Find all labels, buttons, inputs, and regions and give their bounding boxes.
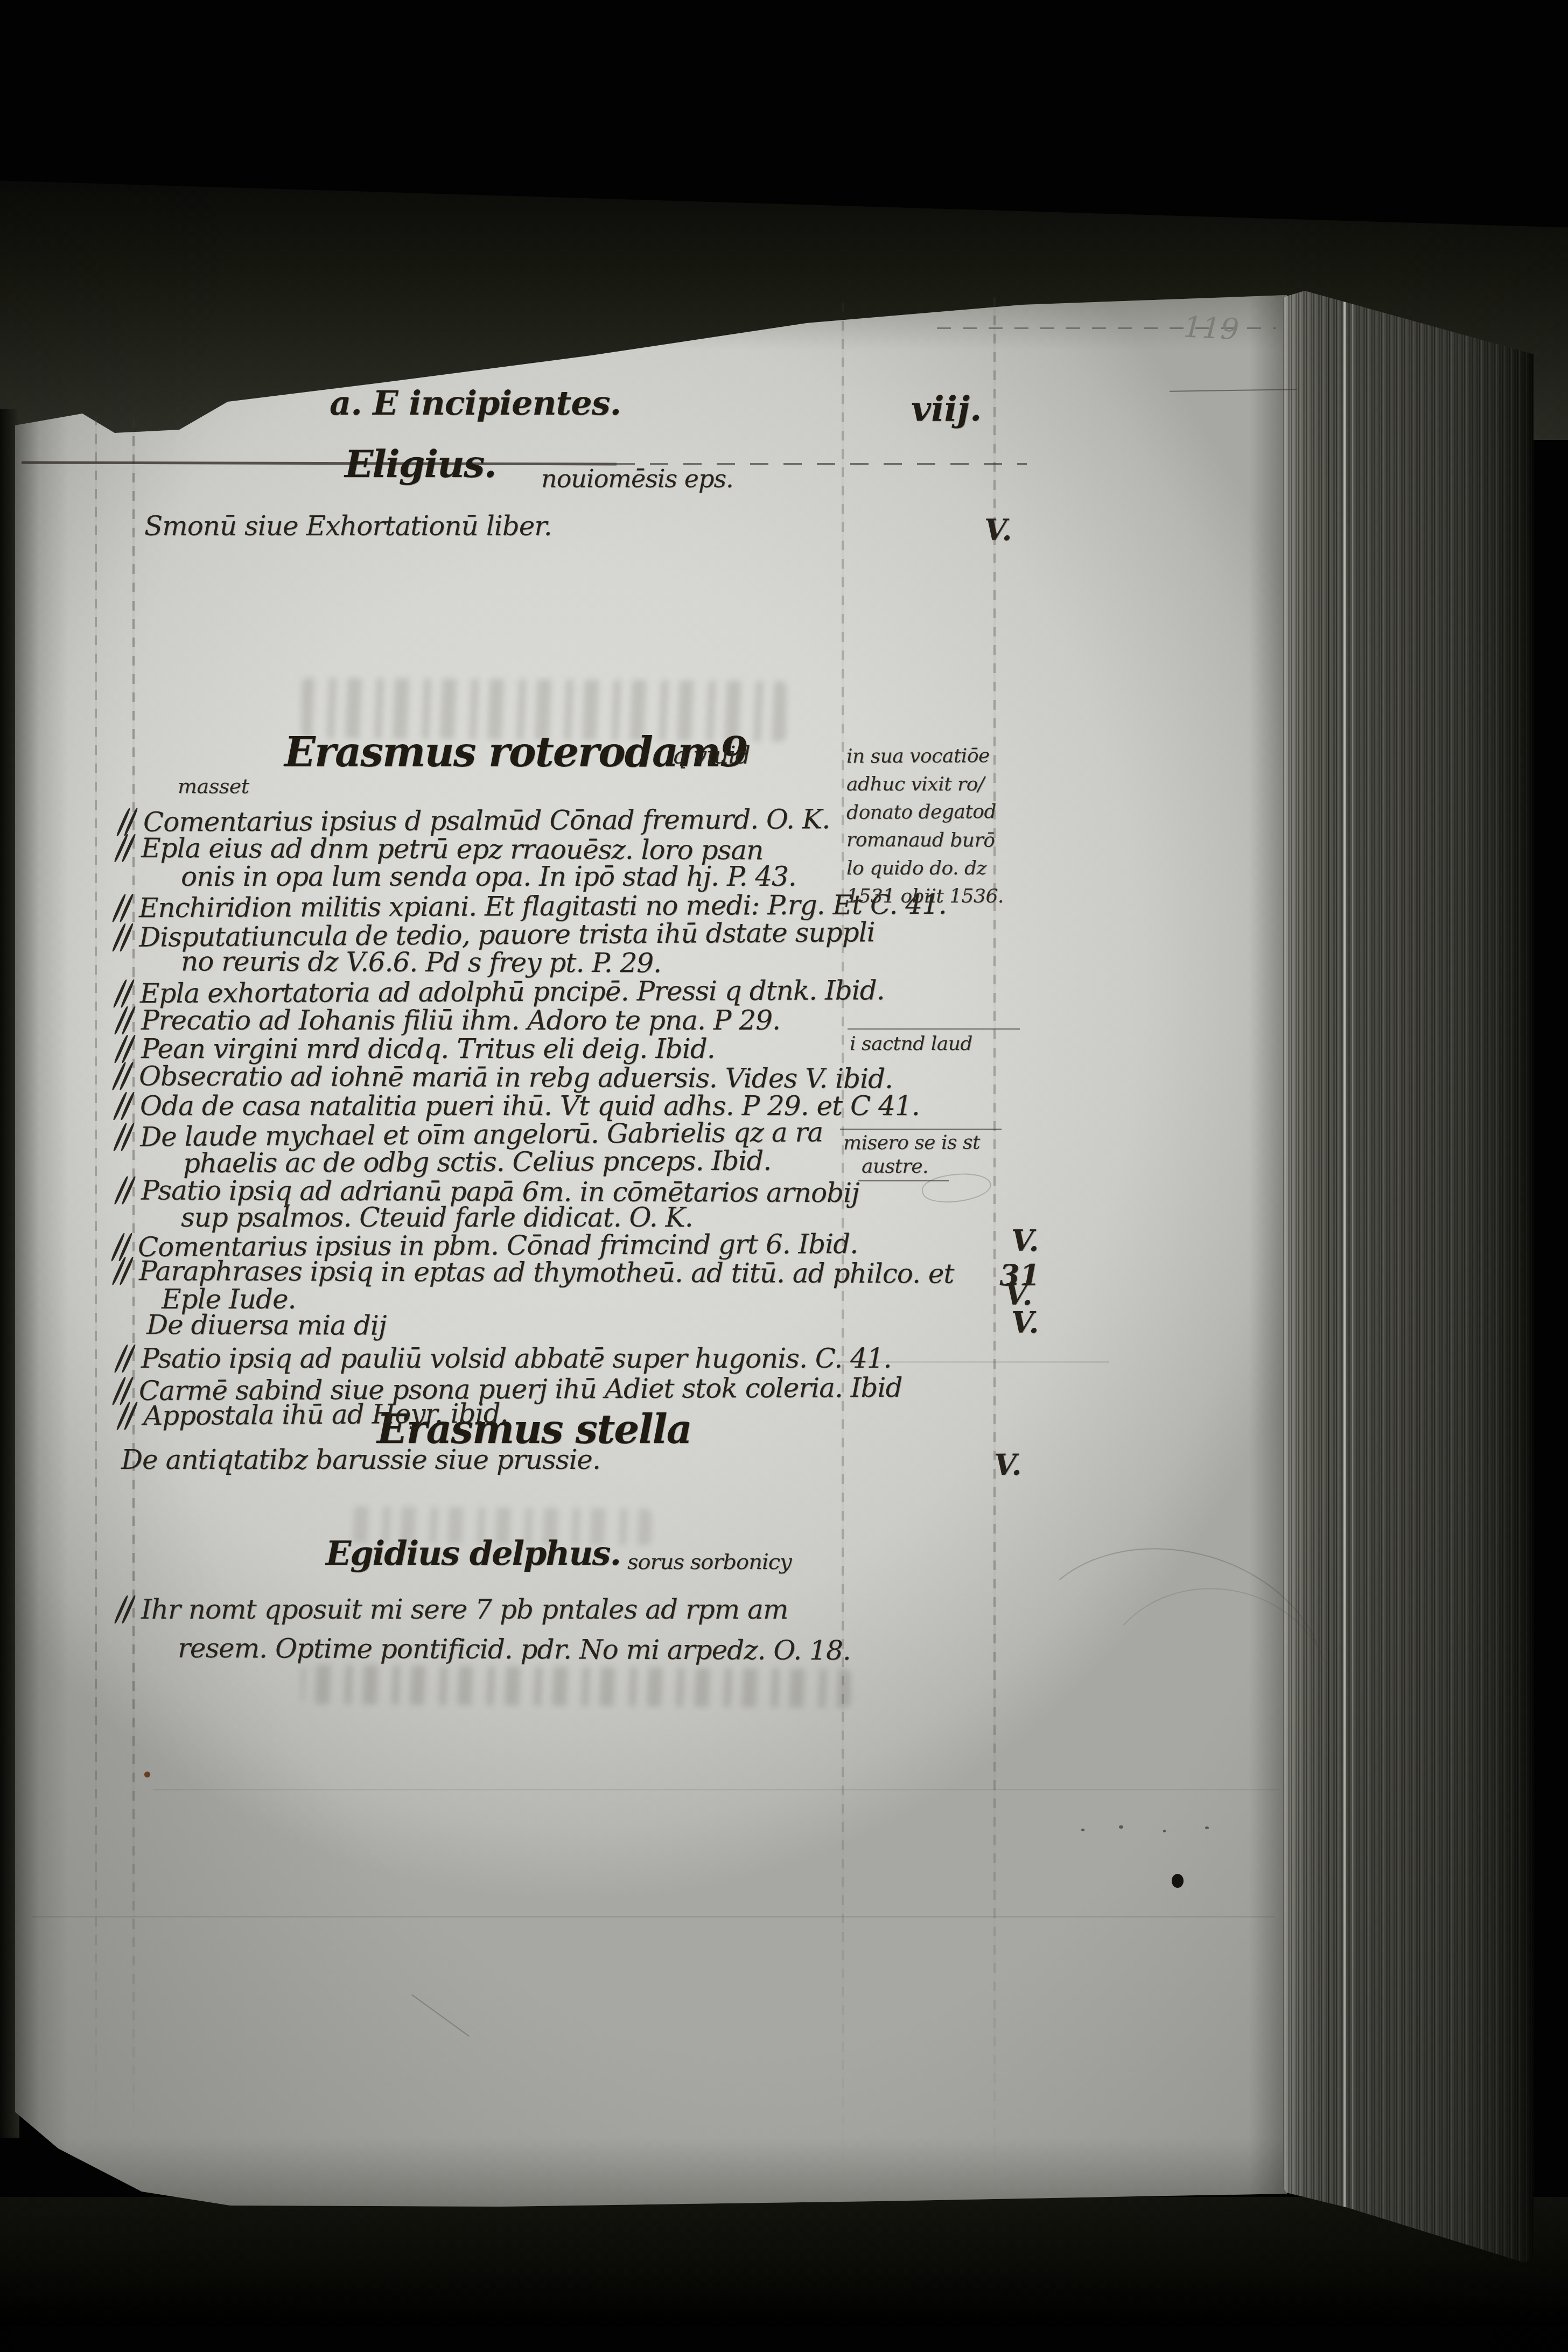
author-heading-eligius: Eligius.: [345, 442, 496, 486]
ink-bleedthrough: [302, 1665, 851, 1707]
paragraph-mark-icon: [118, 1403, 135, 1429]
entry-text: donato degatod: [846, 801, 996, 824]
entry-text: misero se is st: [843, 1131, 980, 1154]
left-margin-rule-outer: [95, 416, 97, 2152]
bottom-shadow: [0, 2197, 1568, 2326]
catalog-entry: Smonū siue Exhortationū liber.: [144, 510, 552, 542]
paragraph-mark-icon: [116, 1346, 132, 1371]
margin-note-line: lo quido do. dz: [846, 857, 986, 879]
entry-text: no reuris dz V.6.6. Pd s frey pt. P. 29.: [181, 946, 661, 978]
ink-speck: [1119, 1825, 1123, 1829]
author-heading-note: nouiomēsis eps.: [541, 464, 733, 493]
manuscript-photograph: 119 a. E incipientes. viij. Eligius. nou…: [0, 0, 1568, 2352]
author-heading-note: q viuid: [672, 742, 750, 769]
book-fore-edge: [1283, 291, 1534, 2264]
margin-note: i sactnd laud: [850, 1033, 972, 1055]
paragraph-mark-icon: [116, 1036, 132, 1062]
margin-note-line: donato degatod: [846, 801, 996, 824]
ink-speck: [1081, 1829, 1084, 1831]
paragraph-mark-icon: [113, 1234, 129, 1260]
catalog-entry: onis in opa lum senda opa. In ipō stad h…: [181, 861, 796, 892]
right-margin-rule-second: [993, 297, 996, 2198]
paragraph-mark-icon: [116, 835, 132, 861]
paragraph-mark-icon: [114, 1063, 130, 1089]
margin-box-line: austre.: [862, 1156, 928, 1178]
paragraph-mark-icon: [116, 1178, 132, 1203]
interline-note: masset: [178, 774, 249, 798]
margin-box-line: misero se is st: [843, 1131, 980, 1154]
entry-text: De diuersa mia dij: [146, 1309, 386, 1341]
entry-text: adhuc vixit ro/: [846, 773, 984, 795]
margin-reference: V.: [984, 513, 1012, 547]
margin-reference: V.: [994, 1447, 1022, 1482]
catalog-entry: Appostala ihū ad Hoyr. ibid.: [143, 1397, 508, 1432]
catalog-entry: De antiqtatibz barussie siue prussie.: [121, 1444, 600, 1475]
catalog-entry: De diuersa mia dij: [146, 1309, 386, 1341]
rust-speck: [144, 1772, 150, 1777]
entry-text: austre.: [862, 1156, 928, 1178]
margin-reference: V.: [1011, 1305, 1039, 1340]
ink-speck: [1163, 1830, 1166, 1832]
paragraph-mark-icon: [115, 981, 131, 1006]
margin-note-line: adhuc vixit ro/: [846, 773, 984, 795]
margin-note-line: in sua vocatiōe: [846, 745, 990, 767]
catalog-entry: no reuris dz V.6.6. Pd s frey pt. P. 29.: [181, 946, 661, 978]
entry-text: Appostala ihū ad Hoyr. ibid.: [143, 1398, 508, 1432]
ink-blot: [1172, 1874, 1184, 1888]
entry-text: De antiqtatibz barussie siue prussie.: [121, 1444, 600, 1475]
catalog-entry: Psatio ipsiq ad pauliū volsid abbatē sup…: [141, 1342, 892, 1374]
paragraph-mark-icon: [116, 1597, 132, 1622]
entry-text: 1531 obiit 1536.: [846, 885, 1004, 907]
pencil-folio-number: 119: [1182, 310, 1240, 346]
margin-note-line: 1531 obiit 1536.: [846, 885, 1004, 907]
catalog-entry: Ihr nomt qposuit mi sere 7 pb pntales ad…: [141, 1593, 788, 1625]
entry-text: romanaud burō: [846, 829, 995, 852]
margin-box-top-rule: [840, 1129, 1002, 1130]
paragraph-mark-icon: [115, 1093, 131, 1119]
paragraph-mark-icon: [114, 1378, 130, 1404]
paragraph-mark-icon: [114, 895, 130, 921]
paragraph-mark-icon: [114, 1258, 130, 1284]
margin-reference: V.: [1011, 1223, 1039, 1258]
page-title: a. E incipientes.: [330, 383, 621, 423]
entry-text: Psatio ipsiq ad pauliū volsid abbatē sup…: [141, 1343, 892, 1374]
ink-speck: [1205, 1826, 1209, 1829]
entry-text: resem. Optime pontificid. pdr. No mi arp…: [178, 1633, 851, 1666]
author-heading-note: sorus sorbonicy: [627, 1550, 792, 1574]
left-margin-rule-inner: [132, 418, 135, 2149]
entry-text: lo quido do. dz: [846, 857, 986, 879]
entry-text: V.: [984, 513, 1012, 547]
horizontal-rule-faint: [153, 1789, 1279, 1790]
paragraph-mark-icon: [115, 1124, 131, 1150]
entry-text: onis in opa lum senda opa. In ipō stad h…: [181, 861, 796, 892]
catalog-entry: resem. Optime pontificid. pdr. No mi arp…: [178, 1633, 851, 1666]
screenshot-root: { "page": { "colors": { "background": "#…: [0, 0, 1568, 2352]
catalog-entry: Precatio ad Iohanis filiū ihm. Adoro te …: [141, 1004, 780, 1036]
margin-note-overline-rule: [848, 1028, 1020, 1030]
entry-text: V.: [1011, 1223, 1039, 1258]
entry-text: Precatio ad Iohanis filiū ihm. Adoro te …: [141, 1005, 780, 1036]
margin-box-underline: [858, 1180, 949, 1181]
paragraph-mark-icon: [114, 925, 130, 950]
paragraph-mark-icon: [116, 1007, 132, 1033]
entry-text: Ihr nomt qposuit mi sere 7 pb pntales ad…: [141, 1594, 788, 1625]
horizontal-rule-lower: [32, 1916, 1275, 1917]
quire-numeral: viij.: [911, 389, 982, 429]
entry-text: in sua vocatiōe: [846, 745, 990, 767]
entry-text: V.: [994, 1447, 1022, 1482]
paragraph-mark-icon: [118, 809, 135, 835]
entry-text: V.: [1011, 1305, 1039, 1340]
entry-text: Smonū siue Exhortationū liber.: [144, 510, 552, 542]
margin-note-line: romanaud burō: [846, 829, 995, 852]
author-heading-egidius-delphus: Egidius delphus.: [326, 1534, 620, 1573]
